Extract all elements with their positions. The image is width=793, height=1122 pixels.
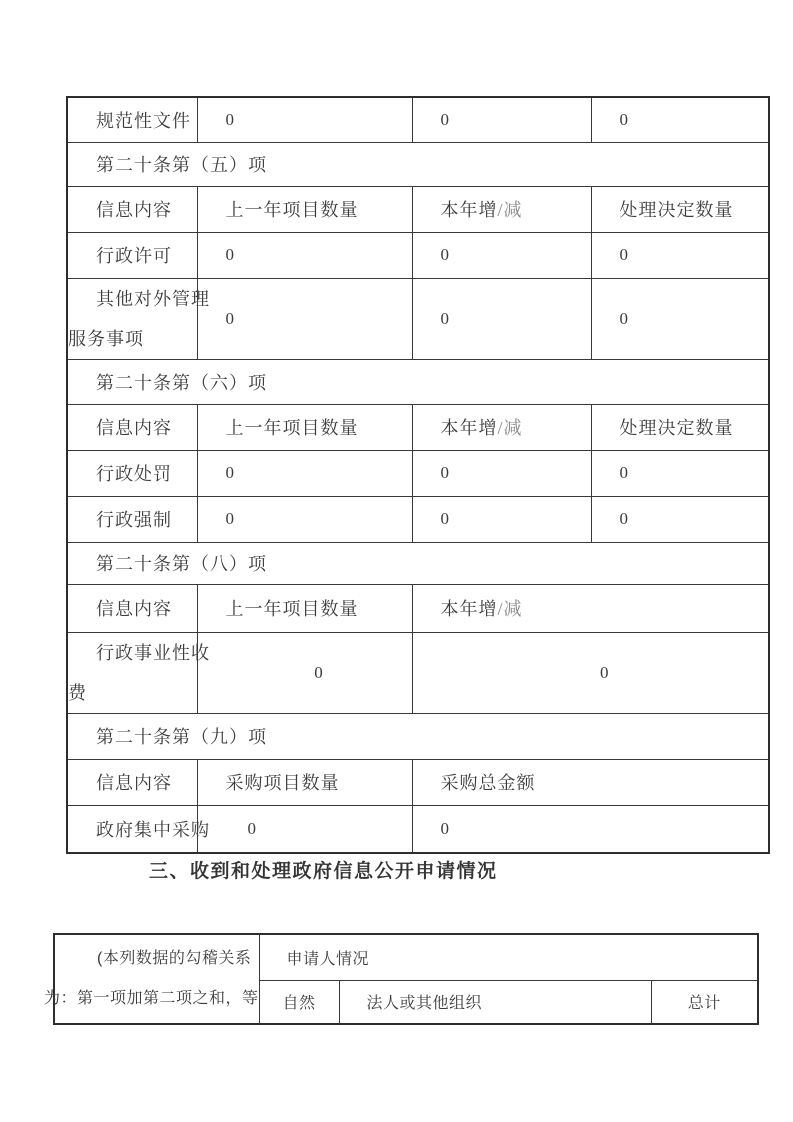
table-row: 信息内容采购项目数量采购总金额 — [67, 759, 769, 805]
table-cell-text: 上一年项目数量 — [226, 599, 359, 619]
table-cell: 采购项目数量 — [197, 759, 412, 805]
table-cell: 0 — [197, 278, 412, 359]
table-cell: 0 — [197, 97, 412, 142]
table-cell-text: 法人或其他组织 — [367, 995, 483, 1012]
table-cell: (本列数据的勾稽关系为：第一项加第二项之和，等 — [54, 934, 259, 1024]
table-cell-text: 上一年项目数量 — [226, 200, 359, 220]
table-cell: 规范性文件 — [67, 97, 197, 142]
table-cell-text: 行政处罚 — [96, 464, 172, 484]
table-cell: 行政处罚 — [67, 450, 197, 496]
table-cell-text: 本年增 — [441, 599, 498, 619]
table-cell-text: 申请人情况 — [287, 951, 370, 968]
table-row: 信息内容上一年项目数量本年增/减处理决定数量 — [67, 186, 769, 232]
table-cell-text-light: /减 — [498, 599, 523, 619]
table-cell: 第二十条第（六）项 — [67, 359, 769, 404]
table-cell-text: 采购项目数量 — [226, 773, 340, 793]
table-cell: 政府集中采购 — [67, 805, 197, 853]
table-cell: 0 — [412, 97, 591, 142]
table-cell: 0 — [197, 232, 412, 278]
table-cell-text: 第二十条第（五）项 — [96, 155, 267, 175]
table-cell: 采购总金额 — [412, 759, 769, 805]
table-row: 第二十条第（六）项 — [67, 359, 769, 404]
table-cell-text: 本年增 — [441, 200, 498, 220]
table-cell-text: 0 — [620, 245, 629, 264]
table-cell-text: 采购总金额 — [441, 773, 536, 793]
table-cell: 本年增/减 — [412, 404, 591, 450]
table-cell-text: 处理决定数量 — [620, 418, 734, 438]
table-cell-text: 0 — [226, 245, 235, 264]
table-cell-text: 本年增 — [441, 418, 498, 438]
table-cell: 0 — [412, 278, 591, 359]
table-cell-text: 0 — [441, 463, 450, 482]
table-cell: 0 — [197, 496, 412, 542]
table-cell-line: 服务事项 — [68, 319, 197, 359]
table-cell-text: 0 — [226, 463, 235, 482]
table-cell: 行政许可 — [67, 232, 197, 278]
table-row: 信息内容上一年项目数量本年增/减处理决定数量 — [67, 404, 769, 450]
table-cell-text: 0 — [441, 819, 450, 838]
table-cell-text: 规范性文件 — [96, 111, 191, 131]
table-cell: 其他对外管理服务事项 — [67, 278, 197, 359]
table-cell: 申请人情况 — [259, 934, 758, 980]
table-cell: 0 — [591, 450, 769, 496]
table-cell: 0 — [591, 278, 769, 359]
table-cell: 第二十条第（五）项 — [67, 142, 769, 186]
table-cell: 0 — [591, 97, 769, 142]
table-cell-line: 为：第一项加第二项之和，等 — [44, 979, 259, 1019]
table-cell-line: 其他对外管理 — [68, 279, 197, 319]
applications-table: (本列数据的勾稽关系为：第一项加第二项之和，等申请人情况自然法人或其他组织总计 — [53, 933, 759, 1025]
table-row: 行政事业性收费00 — [67, 632, 769, 713]
table-cell-text: 信息内容 — [96, 773, 172, 793]
table-cell-text: 0 — [620, 309, 629, 328]
table-cell: 自然 — [259, 980, 339, 1024]
table-cell-text-light: /减 — [498, 200, 523, 220]
table-cell-text: 行政强制 — [96, 510, 172, 530]
table-row: 第二十条第（八）项 — [67, 542, 769, 584]
table-cell: 行政事业性收费 — [67, 632, 197, 713]
table-cell-text: 0 — [248, 819, 257, 838]
table-cell: 信息内容 — [67, 759, 197, 805]
table-cell-text: 0 — [226, 309, 235, 328]
table-cell: 0 — [197, 632, 412, 713]
table-cell-text: 0 — [600, 663, 609, 682]
table-cell-text: 信息内容 — [96, 418, 172, 438]
table-row: 行政处罚000 — [67, 450, 769, 496]
table-cell-line: 行政事业性收 — [68, 633, 197, 673]
table-cell: 0 — [197, 805, 412, 853]
table-cell-text: 0 — [620, 509, 629, 528]
table-cell: 0 — [591, 232, 769, 278]
table-cell: 0 — [412, 232, 591, 278]
table-cell: 0 — [412, 805, 769, 853]
table-cell-text: 信息内容 — [96, 599, 172, 619]
table-cell: 信息内容 — [67, 584, 197, 632]
table-cell-text: 0 — [620, 463, 629, 482]
table-cell-text: 上一年项目数量 — [226, 418, 359, 438]
disclosure-table: 规范性文件000第二十条第（五）项信息内容上一年项目数量本年增/减处理决定数量行… — [66, 96, 770, 854]
table-row: 规范性文件000 — [67, 97, 769, 142]
table-cell-text: 0 — [620, 110, 629, 129]
table-cell: 上一年项目数量 — [197, 584, 412, 632]
table-cell: 0 — [197, 450, 412, 496]
table-cell-text: 处理决定数量 — [620, 200, 734, 220]
table-cell-text: 政府集中采购 — [96, 820, 210, 840]
table-row: 政府集中采购00 — [67, 805, 769, 853]
table-cell: 信息内容 — [67, 404, 197, 450]
table-cell: 上一年项目数量 — [197, 404, 412, 450]
table-cell: 行政强制 — [67, 496, 197, 542]
table-row: (本列数据的勾稽关系为：第一项加第二项之和，等申请人情况 — [54, 934, 758, 980]
table-row: 第二十条第（九）项 — [67, 713, 769, 759]
table-cell: 本年增/减 — [412, 584, 769, 632]
table-cell: 信息内容 — [67, 186, 197, 232]
table-cell: 第二十条第（八）项 — [67, 542, 769, 584]
table-cell: 处理决定数量 — [591, 404, 769, 450]
table-cell-text: 0 — [441, 309, 450, 328]
table-cell-line: 费 — [68, 673, 197, 713]
page: { "document": { "section3_heading": "三、收… — [0, 0, 793, 1122]
table-cell-text-light: /减 — [498, 418, 523, 438]
table-row: 第二十条第（五）项 — [67, 142, 769, 186]
table-cell-text: 0 — [441, 245, 450, 264]
section-heading: 三、收到和处理政府信息公开申请情况 — [149, 856, 498, 883]
table-cell: 0 — [412, 496, 591, 542]
table-cell: 0 — [412, 632, 769, 713]
table-cell: 法人或其他组织 — [339, 980, 651, 1024]
table-cell: 0 — [591, 496, 769, 542]
table-cell: 上一年项目数量 — [197, 186, 412, 232]
table-cell: 0 — [412, 450, 591, 496]
table-cell: 总计 — [651, 980, 758, 1024]
table-cell-text: 第二十条第（六）项 — [96, 373, 267, 393]
table-cell-text: 0 — [441, 110, 450, 129]
table-cell-text: 第二十条第（八）项 — [96, 554, 267, 574]
table-cell-text: 0 — [314, 663, 323, 682]
table-cell-text: 行政许可 — [96, 246, 172, 266]
table-cell: 处理决定数量 — [591, 186, 769, 232]
table-cell-text: 0 — [441, 509, 450, 528]
table-cell-text: 0 — [226, 110, 235, 129]
table-cell-text: 第二十条第（九）项 — [96, 727, 267, 747]
table-cell: 第二十条第（九）项 — [67, 713, 769, 759]
table-row: 信息内容上一年项目数量本年增/减 — [67, 584, 769, 632]
table-row: 行政强制000 — [67, 496, 769, 542]
table-cell-text: 总计 — [688, 995, 721, 1012]
table-cell-text: 自然 — [282, 995, 315, 1012]
table-cell-text: 0 — [226, 509, 235, 528]
table-cell-text: 信息内容 — [96, 200, 172, 220]
table-cell-line: (本列数据的勾稽关系 — [55, 939, 259, 979]
table-row: 行政许可000 — [67, 232, 769, 278]
table-row: 其他对外管理服务事项000 — [67, 278, 769, 359]
table-cell: 本年增/减 — [412, 186, 591, 232]
